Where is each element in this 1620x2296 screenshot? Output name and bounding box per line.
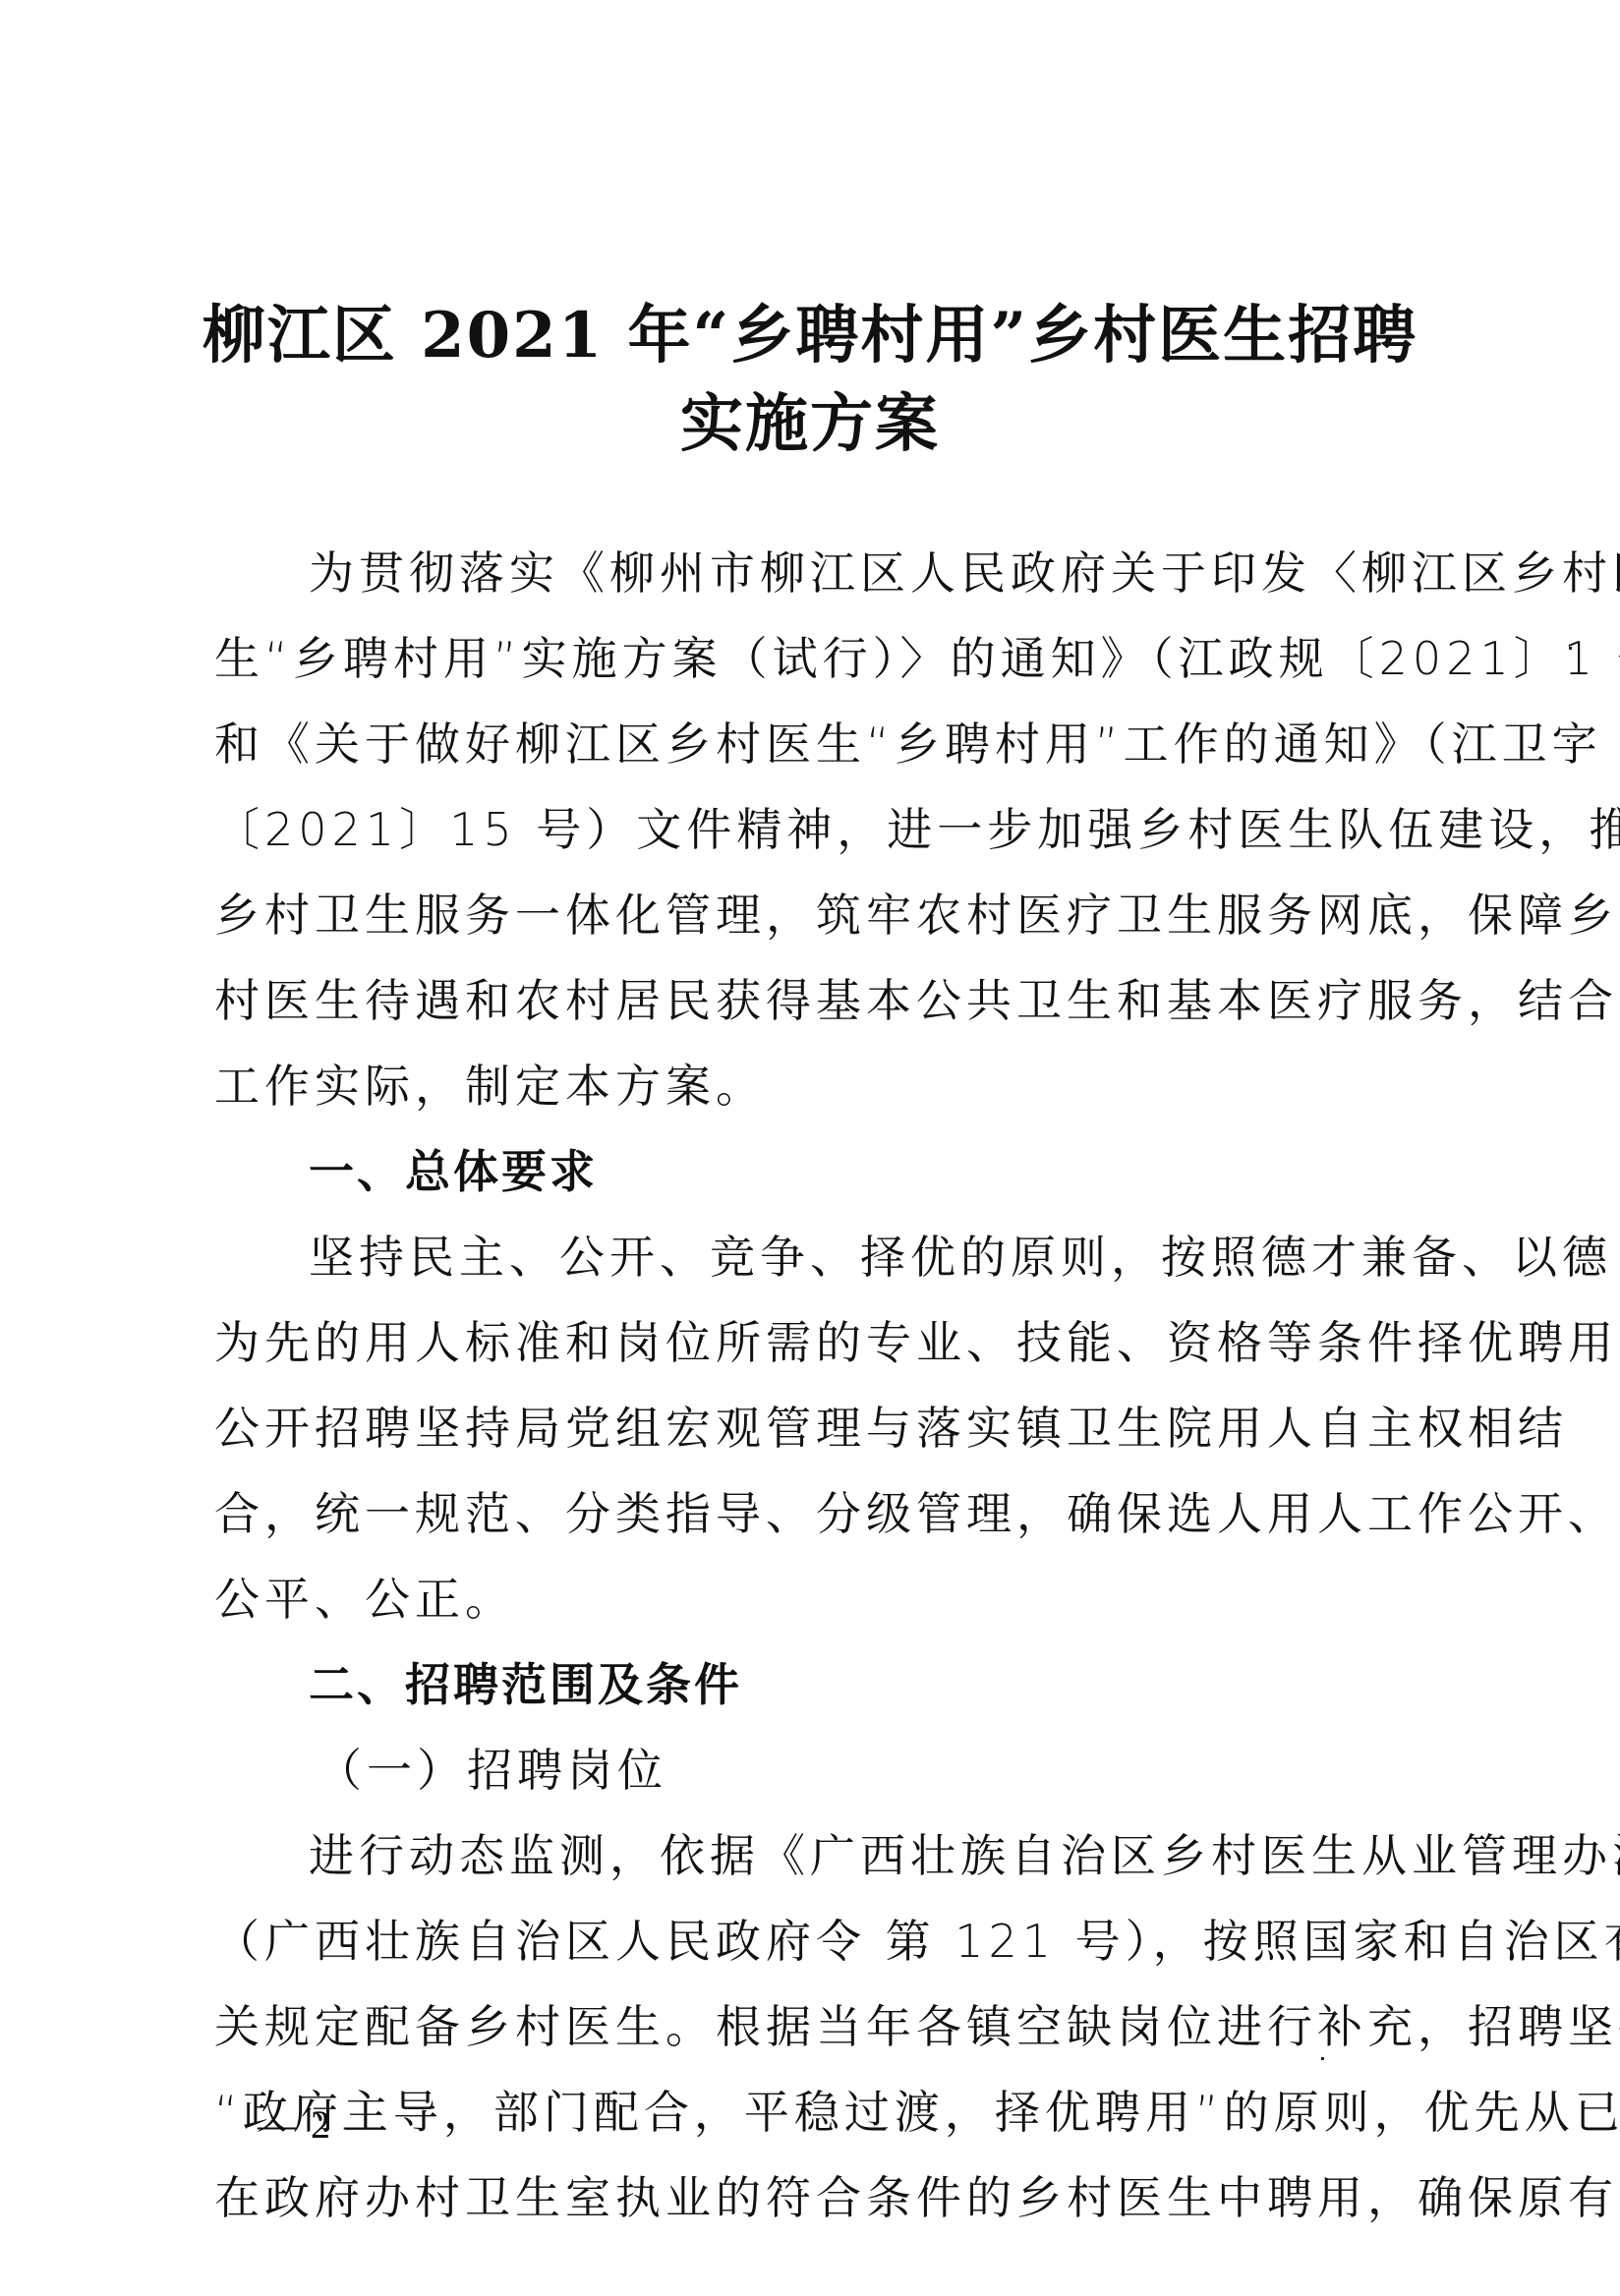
intro-line: 乡村卫生服务一体化管理，筑牢农村医疗卫生服务网底，保障乡 (214, 873, 1425, 958)
section-heading-scope-conditions: 二、招聘范围及条件 (214, 1642, 1425, 1728)
section2-line: 进行动态监测，依据《广西壮族自治区乡村医生从业管理办法》 (214, 1813, 1425, 1899)
intro-line: 村医生待遇和农村居民获得基本公共卫生和基本医疗服务，结合 (214, 958, 1425, 1044)
section2-line: （广西壮族自治区人民政府令 第 121 号），按照国家和自治区有 (214, 1899, 1425, 1984)
section1-line: 合，统一规范、分类指导、分级管理，确保选人用人工作公开、 (214, 1471, 1425, 1557)
scan-speck (1321, 2057, 1324, 2060)
intro-line: 为贯彻落实《柳州市柳江区人民政府关于印发〈柳江区乡村医 (214, 531, 1425, 616)
section1-line: 公开招聘坚持局党组宏观管理与落实镇卫生院用人自主权相结 (214, 1386, 1425, 1471)
section1-line: 坚持民主、公开、竞争、择优的原则，按照德才兼备、以德 (214, 1215, 1425, 1300)
intro-line: 〔2021〕15 号）文件精神，进一步加强乡村医生队伍建设，推进 (214, 787, 1425, 873)
section1-line: 公平、公正。 (214, 1557, 1425, 1642)
section1-line: 为先的用人标准和岗位所需的专业、技能、资格等条件择优聘用， (214, 1300, 1425, 1386)
scan-speck (1569, 647, 1572, 650)
scan-speck (1567, 739, 1570, 742)
document-title-line1: 柳江区 2021 年“乡聘村用”乡村医生招聘 (0, 285, 1620, 375)
intro-line: 和《关于做好柳江区乡村医生“乡聘村用”工作的通知》（江卫字 (214, 702, 1425, 787)
page-number: — 2 — (258, 2101, 385, 2148)
document-page: 柳江区 2021 年“乡聘村用”乡村医生招聘 实施方案 为贯彻落实《柳州市柳江区… (0, 0, 1620, 2296)
intro-line: 生“乡聘村用”实施方案（试行）〉的通知》（江政规〔2021〕1 号） (214, 616, 1425, 702)
document-title-line2: 实施方案 (0, 373, 1620, 464)
section2-line: 关规定配备乡村医生。根据当年各镇空缺岗位进行补充，招聘坚持 (214, 1984, 1425, 2070)
document-body: 为贯彻落实《柳州市柳江区人民政府关于印发〈柳江区乡村医 生“乡聘村用”实施方案（… (214, 531, 1425, 2241)
subsection-heading-positions: （一）招聘岗位 (214, 1728, 1425, 1813)
section2-line: “政府主导，部门配合，平稳过渡，择优聘用”的原则，优先从已 (214, 2070, 1425, 2155)
section-heading-general-requirements: 一、总体要求 (214, 1129, 1425, 1215)
section2-line: 在政府办村卫生室执业的符合条件的乡村医生中聘用，确保原有 (214, 2155, 1425, 2241)
intro-line: 工作实际，制定本方案。 (214, 1044, 1425, 1129)
